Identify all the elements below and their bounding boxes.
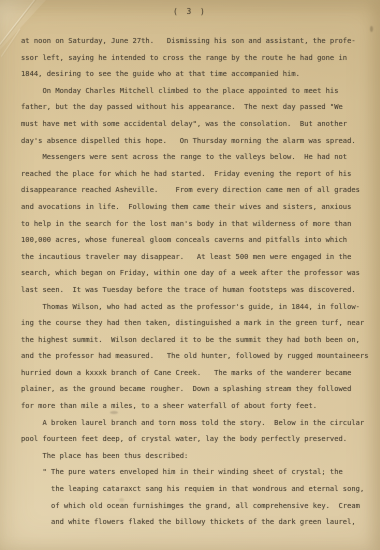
paragraph: Messengers were sent across the range to… — [21, 149, 370, 298]
paragraph: On Monday Charles Mitchell climbed to th… — [21, 83, 370, 149]
document-page: ( 3 ) at noon on Saturday, June 27th. Di… — [0, 0, 380, 550]
paragraph: A broken laurel branch and torn moss tol… — [21, 415, 370, 448]
typewritten-text: at noon on Saturday, June 27th. Dismissi… — [21, 33, 370, 531]
page-number: ( 3 ) — [0, 7, 380, 16]
paragraph: The place has been thus described: — [21, 448, 370, 465]
paragraph: Thomas Wilson, who had acted as the prof… — [21, 299, 370, 415]
paragraph: " The pure waters enveloped him in their… — [21, 464, 370, 530]
ink-smudge — [370, 26, 373, 32]
paragraph: at noon on Saturday, June 27th. Dismissi… — [21, 33, 370, 83]
